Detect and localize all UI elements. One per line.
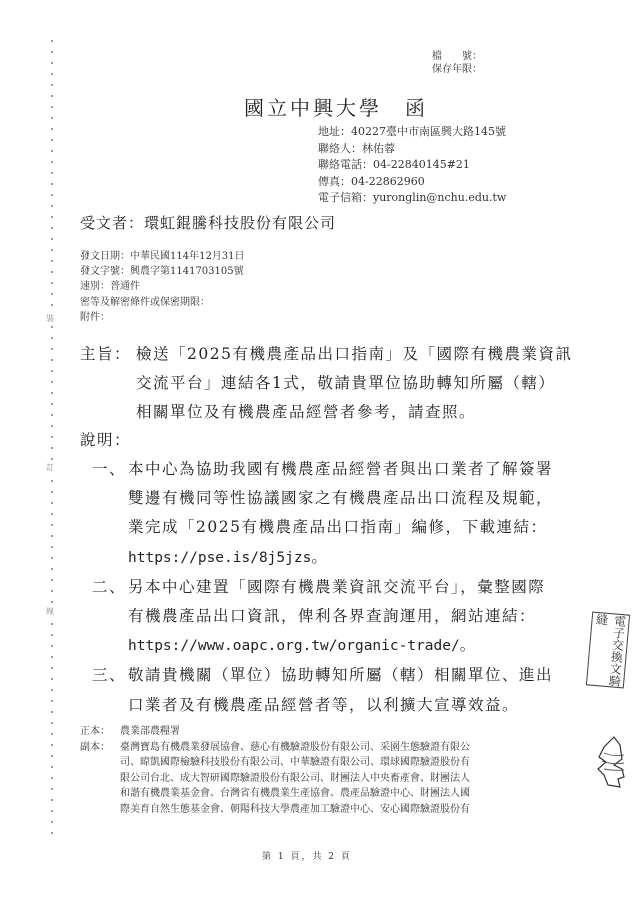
item-text: 另本中心建置「國際有機農業資訊交流平台」，彙整國際 bbox=[128, 578, 545, 596]
issue-date: 發文日期：中華民國114年12月31日 bbox=[80, 249, 245, 264]
item-text: 業完成「2025有機農產品出口指南」編修，下載連結： bbox=[92, 513, 553, 542]
explanation-item-3: 三、敬請貴機關（單位）協助轉知所屬（轄）相關單位、進出 口業者及有機農產品經營者… bbox=[92, 661, 553, 719]
item-number: 三、 bbox=[92, 661, 128, 690]
file-number-label: 檔 號： bbox=[432, 50, 482, 63]
seam-seal-icon bbox=[596, 735, 626, 790]
document-title: 國立中興大學 函 bbox=[244, 92, 428, 121]
retention-label: 保存年限： bbox=[432, 63, 482, 76]
period: 。 bbox=[460, 636, 477, 654]
download-link[interactable]: https://pse.is/8j5jzs bbox=[128, 550, 311, 566]
subject-section: 主旨： 檢送「2025有機農產品出口指南」及「國際有機農業資訊 交流平台」連結各… bbox=[80, 340, 572, 427]
cc-line: 和諧有機農業基金會、台灣省有機農業生產協會、農產品驗證中心、財團法人國 bbox=[120, 786, 470, 802]
explanation-label: 說明： bbox=[80, 428, 131, 450]
binding-label-ding: 訂 bbox=[46, 462, 54, 473]
contact-phone: 聯絡電話：04-22840145#21 bbox=[318, 157, 506, 174]
subject-label: 主旨： bbox=[80, 340, 136, 369]
period: 。 bbox=[311, 548, 328, 566]
archive-info: 檔 號： 保存年限： bbox=[432, 50, 482, 76]
binding-label-zhuang: 裝 bbox=[46, 313, 54, 324]
cc-line: 限公司台北、成大智研國際驗證股份有限公司、財團法人中央畜產會、財團法人 bbox=[120, 771, 470, 787]
item-text: 本中心為協助我國有機農產品經營者與出口業者了解簽署 bbox=[128, 460, 553, 478]
cc-label: 副本： bbox=[80, 740, 120, 756]
contact-person: 聯絡人：林佑蓉 bbox=[318, 141, 506, 158]
platform-link[interactable]: https://www.oapc.org.tw/organic-trade/ bbox=[128, 638, 460, 654]
binding-label-xian: 線 bbox=[46, 606, 54, 617]
item-text: 口業者及有機農產品經營者等，以利擴大宣導效益。 bbox=[92, 691, 553, 720]
recipient: 受文者：環虹錕騰科技股份有限公司 bbox=[80, 212, 336, 233]
binding-line bbox=[51, 40, 53, 840]
contact-fax: 傳真：04-22862960 bbox=[318, 174, 506, 191]
explanation-item-2: 二、另本中心建置「國際有機農業資訊交流平台」，彙整國際 有機農產品出口資訊，俾利… bbox=[92, 573, 553, 662]
page-indicator: 第 1 頁，共 2 頁 bbox=[262, 849, 352, 862]
item-number: 二、 bbox=[92, 573, 128, 602]
classification: 密等及解密條件或保密期限： bbox=[80, 295, 245, 310]
contact-block: 地址：40227臺中市南區興大路145號 聯絡人：林佑蓉 聯絡電話：04-228… bbox=[318, 124, 506, 207]
seal-stamp: 電子交換文騎縫 bbox=[586, 611, 630, 688]
subject-line: 相關單位及有機農產品經營者參考，請查照。 bbox=[136, 398, 476, 427]
item-text: 雙邊有機同等性協議國家之有機農產品出口流程及規範， bbox=[92, 484, 553, 513]
item-text: 敬請貴機關（單位）協助轉知所屬（轄）相關單位、進出 bbox=[128, 666, 553, 684]
copies-section: 正本： 農業部農糧署 副本： 臺灣寶島有機農業發展協會、慈心有機驗證股份有限公司… bbox=[80, 724, 470, 818]
explanation-items: 一、本中心為協助我國有機農產品經營者與出口業者了解簽署 雙邊有機同等性協議國家之… bbox=[92, 455, 553, 720]
cc-line: 際美育自然生態基金會、朝陽科技大學農產加工驗證中心、安心國際驗證股份有 bbox=[120, 802, 470, 818]
original-label: 正本： bbox=[80, 724, 120, 740]
issue-number: 發文字號：興農字第1141703105號 bbox=[80, 264, 245, 279]
explanation-item-1: 一、本中心為協助我國有機農產品經營者與出口業者了解簽署 雙邊有機同等性協議國家之… bbox=[92, 455, 553, 573]
contact-address: 地址：40227臺中市南區興大路145號 bbox=[318, 124, 506, 141]
meta-block: 發文日期：中華民國114年12月31日 發文字號：興農字第1141703105號… bbox=[80, 249, 245, 325]
cc-line: 司、暐凱國際檢驗科技股份有限公司、中華驗證有限公司、環球國際驗證股份有 bbox=[120, 755, 470, 771]
urgency: 速別：普通件 bbox=[80, 279, 245, 294]
subject-line: 交流平台」連結各1式，敬請貴單位協助轉知所屬（轄） bbox=[136, 369, 555, 398]
attachments: 附件： bbox=[80, 310, 245, 325]
item-text: 有機農產品出口資訊，俾利各界查詢運用，網站連結： bbox=[92, 602, 553, 631]
cc-line: 臺灣寶島有機農業發展協會、慈心有機驗證股份有限公司、采園生態驗證有限公 bbox=[120, 740, 470, 756]
original-recipient: 農業部農糧署 bbox=[120, 724, 180, 740]
subject-line: 檢送「2025有機農產品出口指南」及「國際有機農業資訊 bbox=[136, 340, 572, 369]
contact-email[interactable]: 電子信箱：yuronglin@nchu.edu.tw bbox=[318, 190, 506, 207]
item-number: 一、 bbox=[92, 455, 128, 484]
